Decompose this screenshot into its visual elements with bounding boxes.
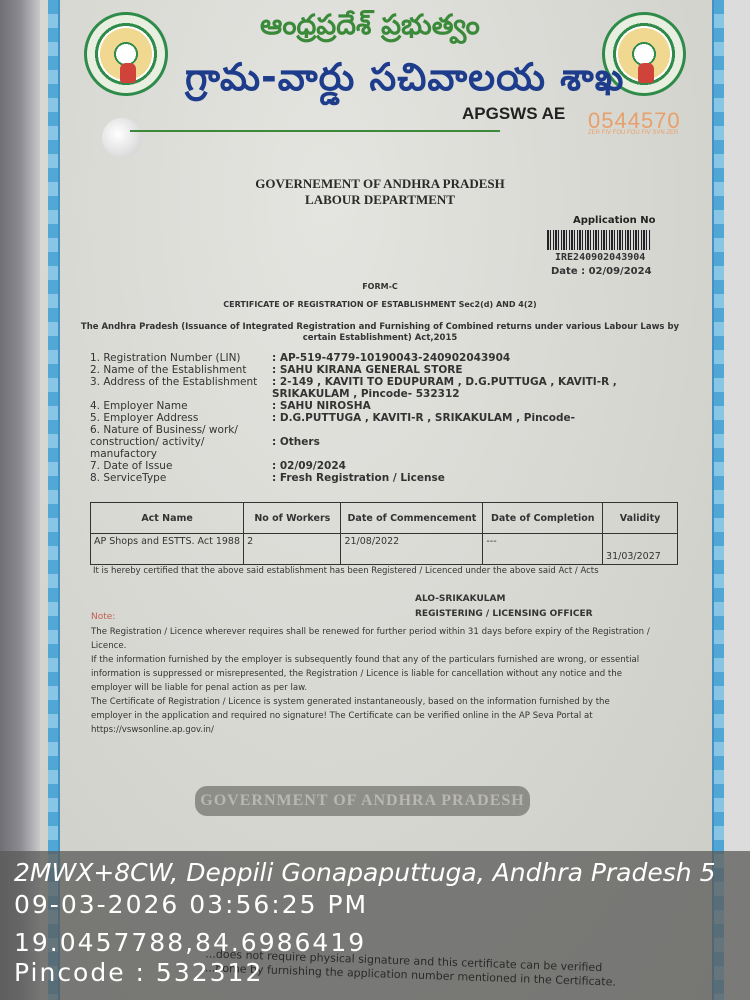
note-item: The Registration / Licence wherever requ… [91,625,651,653]
note-item: If the information furnished by the empl… [91,653,651,695]
certificate-content: ఆంధ్రప్రదేశ్ ప్రభుత్వం గ్రామ-వార్డు సచివ… [60,0,710,1000]
registration-fields: 1. Registration Number (LIN): AP-519-477… [90,352,650,484]
table-cell: AP Shops and ESTTS. Act 1988 [91,534,244,565]
note-item: The Certificate of Registration / Licenc… [91,695,651,737]
decorative-flourish [130,130,500,132]
field-label: 5. Employer Address [90,412,272,424]
field-label: 7. Date of Issue [90,460,272,472]
hologram-sticker-icon [102,118,142,158]
decorative-border-left [48,0,60,1000]
column-header: Date of Completion [483,503,603,534]
ap-emblem-seal-icon [84,12,168,96]
field-row: 7. Date of Issue: 02/09/2024 [90,460,650,472]
field-row: 8. ServiceType: Fresh Registration / Lic… [90,472,650,484]
field-row: 6. Nature of Business/ work/ constructio… [90,424,650,460]
field-value: : SAHU NIROSHA [272,400,371,412]
field-row: 1. Registration Number (LIN): AP-519-477… [90,352,650,364]
table-cell: 2 [244,534,341,565]
column-header: No of Workers [244,503,341,534]
certificate-title: CERTIFICATE OF REGISTRATION OF ESTABLISH… [60,300,700,309]
column-header: Validity [603,503,678,534]
field-label: 4. Employer Name [90,400,272,412]
field-row: 3. Address of the Establishment: 2-149 ,… [90,376,650,400]
geo-pincode: Pincode : 532312 [14,958,263,987]
field-value: : AP-519-4779-10190043-240902043904 [272,352,510,364]
government-name: GOVERNEMENT OF ANDHRA PRADESH [60,176,700,192]
officer-office: ALO-SRIKAKULAM [415,592,593,607]
officer-designation: REGISTERING / LICENSING OFFICER [415,607,593,622]
field-row: 5. Employer Address: D.G.PUTTUGA , KAVIT… [90,412,650,424]
telugu-heading-government: ఆంధ్రప్రదేశ్ ప్రభుత్వం [260,8,480,48]
column-header: Act Name [91,503,244,534]
department-name: LABOUR DEPARTMENT [60,192,700,208]
lion-capital-icon [638,63,654,83]
officer-block: ALO-SRIKAKULAM REGISTERING / LICENSING O… [415,592,593,622]
form-name: FORM-C [60,282,700,291]
table-header-row: Act Name No of Workers Date of Commencem… [91,503,678,534]
serial-words: ZER FIV FOU FOU FIV SVN ZER [588,130,678,136]
lion-capital-icon [120,63,136,83]
field-value: : 2-149 , KAVITI TO EDUPURAM , D.G.PUTTU… [272,376,650,400]
field-value: : D.G.PUTTUGA , KAVITI-R , SRIKAKULAM , … [272,412,575,424]
geo-datetime: 09-03-2026 03:56:25 PM [14,890,368,919]
field-row: 2. Name of the Establishment: SAHU KIRAN… [90,364,650,376]
field-value: : 02/09/2024 [272,460,346,472]
field-label: 2. Name of the Establishment [90,364,272,376]
decorative-border-right [712,0,724,1000]
telugu-heading-department: గ్రామ-వార్డు సచివాలయ శాఖ [185,55,624,109]
field-label: 6. Nature of Business/ work/ constructio… [90,424,272,460]
government-watermark: GOVERNMENT OF ANDHRA PRADESH [195,786,530,816]
notes-block: The Registration / Licence wherever requ… [91,625,651,737]
column-header: Date of Commencement [341,503,483,534]
field-value: : Fresh Registration / License [272,472,445,484]
table-cell: --- [483,534,603,565]
barcode-icon [547,230,651,250]
table-row: AP Shops and ESTTS. Act 1988 2 21/08/202… [91,534,678,565]
government-heading: GOVERNEMENT OF ANDHRA PRADESH LABOUR DEP… [60,176,700,208]
act-description: The Andhra Pradesh (Issuance of Integrat… [80,322,680,344]
field-value: : Others [272,436,320,448]
field-label: 3. Address of the Establishment [90,376,272,400]
field-label: 1. Registration Number (LIN) [90,352,272,364]
geo-address: 2MWX+8CW, Deppili Gonapaputtuga, Andhra … [14,858,715,887]
field-label: 8. ServiceType [90,472,272,484]
certification-statement: It is hereby certified that the above sa… [93,566,693,576]
department-code: APGSWS AE [462,104,565,124]
table-cell: 31/03/2027 [603,534,678,565]
background-strip [724,0,750,1000]
application-number-label: Application No [573,215,656,226]
table-cell: 21/08/2022 [341,534,483,565]
field-value: : SAHU KIRANA GENERAL STORE [272,364,463,376]
field-row: 4. Employer Name: SAHU NIROSHA [90,400,650,412]
act-details-table: Act Name No of Workers Date of Commencem… [90,502,678,565]
geo-coordinates: 19.0457788,84.6986419 [14,928,366,957]
application-number: IRE240902043904 [555,252,645,263]
application-date: Date : 02/09/2024 [551,266,652,277]
note-label: Note: [91,612,115,622]
